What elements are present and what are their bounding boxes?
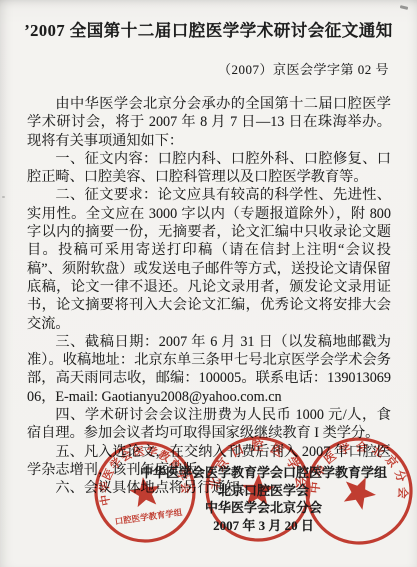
scanned-notice-page: ’2007 全国第十二届口腔医学学术研讨会征文通知 （2007）京医会学字第 0… (0, 0, 417, 567)
paragraph-item-2: 二、征文要求：论文应具有较高的科学性、先进性、实用性。全文应在 3000 字以内… (27, 186, 391, 332)
paragraph-item-3: 三、截稿日期：2007 年 6 月 31 日（以发稿地邮戳为准）。收稿地址：北京… (27, 333, 391, 406)
signature-date: 2007 年 3 月 20 日 (110, 517, 417, 535)
signature-org-2: 北京口腔医学会 (110, 482, 417, 500)
paragraph-item-1: 一、征文内容：口腔内科、口腔外科、口腔修复、口腔正畸、口腔美容、口腔科管理以及口… (27, 150, 391, 187)
scan-artifact (2, 196, 5, 198)
document-number: （2007）京医会学字第 02 号 (218, 59, 389, 78)
signature-org-1: 中华医学会医学教育学会口腔医学教育学组 (110, 464, 417, 482)
signature-org-3: 中华医学会北京分会 (110, 499, 417, 517)
signature-block: 中华医学会医学教育学会口腔医学教育学组 北京口腔医学会 中华医学会北京分会 20… (110, 464, 417, 534)
scan-artifact (400, 5, 408, 10)
page-title: ’2007 全国第十二届口腔医学学术研讨会征文通知 (0, 17, 417, 41)
paragraph-intro: 由中华医学会北京分会承办的全国第十二届口腔医学学术研讨会，将于 2007 年 8… (27, 95, 391, 150)
